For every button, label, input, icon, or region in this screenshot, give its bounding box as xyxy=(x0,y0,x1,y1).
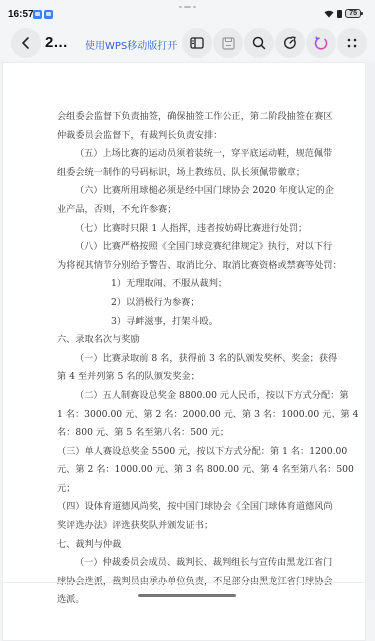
sidebar-icon xyxy=(190,37,204,49)
document-line: 1）无理取闹、不服从裁判； xyxy=(57,275,323,294)
page-divider xyxy=(0,582,368,583)
document-line: 七、裁判与仲裁 xyxy=(57,536,323,555)
document-line: 元、第 2 名：1000.00 元、第 3 名 800.00 元、第 4 名至第… xyxy=(57,461,323,480)
open-with-wps-link[interactable]: 使用WPS移动版打开 xyxy=(85,37,177,52)
document-line: 为将视其情节分别给予警告、取消比分、取消比赛资格或禁赛等处罚： xyxy=(57,257,323,276)
rotate-button[interactable] xyxy=(275,28,305,58)
window-grabber[interactable] xyxy=(177,6,197,8)
document-line: 第 4 至并列第 5 名的队颁发奖金； xyxy=(57,368,323,387)
more-icon xyxy=(346,37,358,49)
document-line: （七）比赛时只限 1 人指挥，违者按妨碍比赛进行处罚； xyxy=(57,220,323,239)
document-line: （三）单人赛设总奖金 5500 元，按以下方式分配：第 1 名：1200.00 xyxy=(57,443,323,462)
sidebar-button[interactable] xyxy=(182,28,212,58)
more-button[interactable] xyxy=(337,28,367,58)
document-line: （五）上场比赛的运动员须着装统一，穿平底运动鞋，规范佩带 xyxy=(57,145,323,164)
page-gutter xyxy=(366,62,375,600)
document-line: 会组委会监督下负责抽签，确保抽签工作公正，第二阶段抽签在赛区 xyxy=(57,108,323,127)
document-content: 会组委会监督下负责抽签，确保抽签工作公正，第二阶段抽签在赛区仲裁委员会监督下，有… xyxy=(57,108,323,600)
notification-icon xyxy=(44,10,53,19)
battery-icon: 75 xyxy=(345,9,361,18)
document-line: 仲裁委员会监督下，有裁判长负责安排： xyxy=(57,127,323,146)
search-button[interactable] xyxy=(244,28,274,58)
notification-icon xyxy=(33,10,42,19)
document-line: （四）设体育道德风尚奖，按中国门球协会《全国门球体育道德风尚 xyxy=(57,498,323,517)
document-line: 元； xyxy=(57,480,323,499)
back-button[interactable] xyxy=(11,28,41,58)
ai-assistant-icon xyxy=(313,35,329,51)
viewer-toolbar: 2... 使用WPS移动版打开 xyxy=(0,26,375,60)
document-line: （八）比赛严格按照《全国门球竞赛纪律规定》执行，对以下行 xyxy=(57,238,323,257)
status-bar: 16:57 75 xyxy=(0,0,375,26)
document-line: 名：800 元、第 5 名至第八名：500 元； xyxy=(57,424,323,443)
home-indicator[interactable] xyxy=(138,594,236,597)
document-title[interactable]: 2... xyxy=(45,34,68,51)
ai-assistant-button[interactable] xyxy=(306,28,336,58)
status-icons: 75 xyxy=(324,9,361,18)
document-line: 六、录取名次与奖励 xyxy=(57,331,323,350)
rotate-icon xyxy=(283,36,297,50)
search-icon xyxy=(252,36,266,50)
save-button[interactable] xyxy=(213,28,243,58)
document-line: 奖评选办法》评选获奖队并颁发证书； xyxy=(57,517,323,536)
document-line: 组委会统一制作的号码标识，场上教练员、队长须佩带徽章； xyxy=(57,164,323,183)
wifi-icon xyxy=(324,10,334,18)
document-line: 3）寻衅滋事，打架斗殴。 xyxy=(57,313,323,332)
document-line: （六）比赛所用球槌必须是经中国门球协会 2020 年度认定的企 xyxy=(57,182,323,201)
status-time: 16:57 xyxy=(8,9,34,20)
save-icon xyxy=(222,37,235,50)
sim-icon xyxy=(337,10,342,18)
back-icon xyxy=(20,36,32,50)
document-line: （一）比赛录取前 8 名，获得前 3 名的队颁发奖杯、奖金；获得 xyxy=(57,350,323,369)
document-line: 业产品，否则，不允许参赛； xyxy=(57,201,323,220)
document-line: （一）仲裁委员会成员、裁判长、裁判组长与宣传由黑龙江省门 xyxy=(57,554,323,573)
document-line: （二）五人制赛设总奖金 8800.00 元人民币，按以下方式分配：第 xyxy=(57,387,323,406)
document-line: 1 名：3000.00 元、第 2 名：2000.00 元、第 3 名：1000… xyxy=(57,406,323,425)
document-line: 2）以消极行为参赛； xyxy=(57,294,323,313)
